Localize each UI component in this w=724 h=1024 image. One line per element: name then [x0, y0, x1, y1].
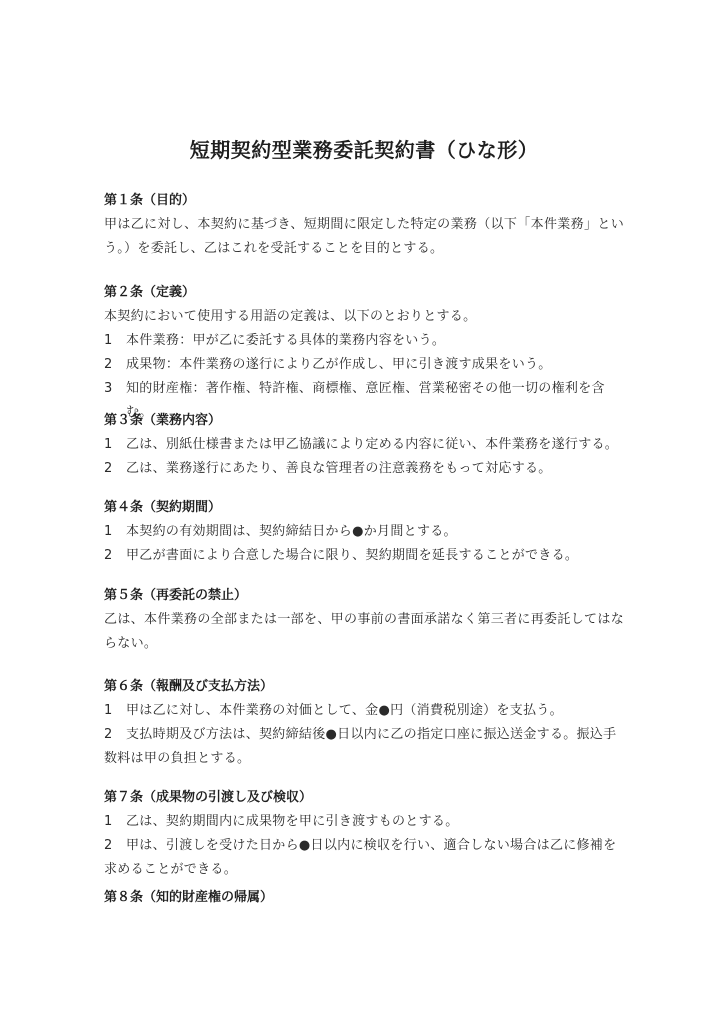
item-number: 2	[104, 723, 126, 747]
list-item: 1 甲は乙に対し、本件業務の対価として、金●円（消費税別途）を支払う。	[104, 699, 624, 723]
article-heading: 第６条（報酬及び支払方法）	[104, 675, 624, 699]
item-text: 甲は乙に対し、本件業務の対価として、金●円（消費税別途）を支払う。	[126, 699, 624, 723]
item-text: 乙は、業務遂行にあたり、善良な管理者の注意義務をもって対応する。	[126, 457, 624, 481]
article-6: 第６条（報酬及び支払方法） 1 甲は乙に対し、本件業務の対価として、金●円（消費…	[104, 675, 624, 771]
article-5: 第５条（再委託の禁止） 乙は、本件業務の全部または一部を、甲の事前の書面承諾なく…	[104, 584, 624, 656]
item-number: 2	[104, 834, 126, 858]
list-item: 2 成果物：本件業務の遂行により乙が作成し、甲に引き渡す成果をいう。	[104, 353, 624, 377]
list-item: 2支払時期及び方法は、契約締結後●日以内に乙の指定口座に振込送金する。振込手数料…	[104, 723, 624, 771]
article-heading: 第７条（成果物の引渡し及び検収）	[104, 786, 624, 810]
item-number: 1	[104, 329, 126, 353]
item-number: 2	[104, 544, 126, 568]
article-2: 第２条（定義） 本契約において使用する用語の定義は、以下のとおりとする。 1 本…	[104, 281, 624, 425]
item-number: 1	[104, 810, 126, 834]
item-number: 2	[104, 457, 126, 481]
article-1: 第１条（目的） 甲は乙に対し、本契約に基づき、短期間に限定した特定の業務（以下「…	[104, 189, 624, 261]
list-item: 2 乙は、業務遂行にあたり、善良な管理者の注意義務をもって対応する。	[104, 457, 624, 481]
item-text: 本件業務：甲が乙に委託する具体的業務内容をいう。	[126, 329, 624, 353]
article-paragraph: 甲は乙に対し、本契約に基づき、短期間に限定した特定の業務（以下「本件業務」という…	[104, 213, 624, 261]
item-text: 成果物：本件業務の遂行により乙が作成し、甲に引き渡す成果をいう。	[126, 353, 624, 377]
list-item: 1 本契約の有効期間は、契約締結日から●か月間とする。	[104, 520, 624, 544]
article-heading: 第１条（目的）	[104, 189, 624, 213]
article-heading: 第５条（再委託の禁止）	[104, 584, 624, 608]
article-3: 第３条（業務内容） 1 乙は、別紙仕様書または甲乙協議により定める内容に従い、本…	[104, 409, 624, 481]
item-text: 乙は、契約期間内に成果物を甲に引き渡すものとする。	[126, 810, 624, 834]
article-paragraph: 乙は、本件業務の全部または一部を、甲の事前の書面承諾なく第三者に再委託してはなら…	[104, 608, 624, 656]
list-item: 1 乙は、契約期間内に成果物を甲に引き渡すものとする。	[104, 810, 624, 834]
list-item: 2 甲乙が書面により合意した場合に限り、契約期間を延長することができる。	[104, 544, 624, 568]
article-heading: 第８条（知的財産権の帰属）	[104, 886, 624, 910]
item-text: 本契約の有効期間は、契約締結日から●か月間とする。	[126, 520, 624, 544]
item-text: 乙は、別紙仕様書または甲乙協議により定める内容に従い、本件業務を遂行する。	[126, 433, 624, 457]
list-item: 2甲は、引渡しを受けた日から●日以内に検収を行い、適合しない場合は乙に修補を求め…	[104, 834, 624, 882]
article-heading: 第４条（契約期間）	[104, 496, 624, 520]
article-heading: 第３条（業務内容）	[104, 409, 624, 433]
article-4: 第４条（契約期間） 1 本契約の有効期間は、契約締結日から●か月間とする。 2 …	[104, 496, 624, 568]
item-number: 1	[104, 433, 126, 457]
article-paragraph: 本契約において使用する用語の定義は、以下のとおりとする。	[104, 305, 624, 329]
item-number: 1	[104, 699, 126, 723]
item-number: 1	[104, 520, 126, 544]
item-text: 支払時期及び方法は、契約締結後●日以内に乙の指定口座に振込送金する。振込手数料は…	[104, 727, 616, 766]
list-item: 1 乙は、別紙仕様書または甲乙協議により定める内容に従い、本件業務を遂行する。	[104, 433, 624, 457]
item-text: 甲乙が書面により合意した場合に限り、契約期間を延長することができる。	[126, 544, 624, 568]
article-7: 第７条（成果物の引渡し及び検収） 1 乙は、契約期間内に成果物を甲に引き渡すもの…	[104, 786, 624, 882]
item-text: 甲は、引渡しを受けた日から●日以内に検収を行い、適合しない場合は乙に修補を求める…	[104, 838, 616, 877]
item-number: 2	[104, 353, 126, 377]
article-heading: 第２条（定義）	[104, 281, 624, 305]
list-item: 1 本件業務：甲が乙に委託する具体的業務内容をいう。	[104, 329, 624, 353]
document-title: 短期契約型業務委託契約書（ひな形）	[104, 134, 624, 163]
article-8: 第８条（知的財産権の帰属）	[104, 886, 624, 910]
